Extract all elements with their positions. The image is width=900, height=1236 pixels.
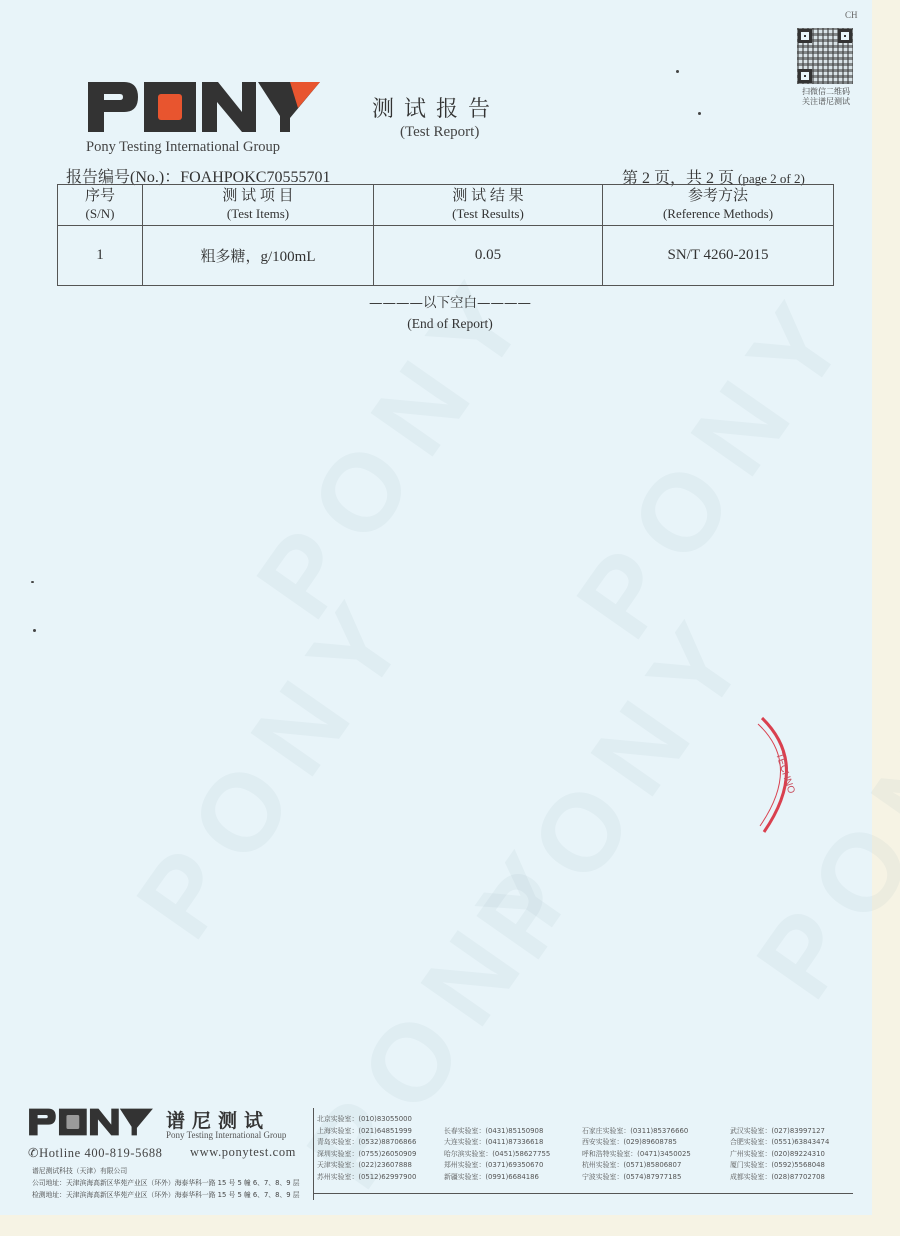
qr-code-icon[interactable] xyxy=(797,28,853,84)
footer-brand-en: Pony Testing International Group xyxy=(166,1130,286,1140)
cell-test-item: 粗多糖，g/100mL xyxy=(143,226,374,286)
column-header-test-results: 测 试 结 果(Test Results) xyxy=(374,185,603,226)
qr-caption-line1: 扫微信二维码 xyxy=(795,87,857,97)
footer-divider-horizontal xyxy=(313,1193,853,1194)
hotline: ✆Hotline 400-819-5688 xyxy=(28,1145,163,1161)
website-link[interactable]: www.ponytest.com xyxy=(190,1145,296,1160)
scan-speck xyxy=(698,112,701,115)
labs-column-1: 北京实验室：(010)83055000 上海实验室：(021)64851999 … xyxy=(317,1114,416,1183)
table-header-row: 序号(S/N) 测 试 项 目(Test Items) 测 试 结 果(Test… xyxy=(58,185,834,226)
footer-brand-zh: 谱尼测试 xyxy=(166,1106,270,1133)
column-header-sn: 序号(S/N) xyxy=(58,185,143,226)
qr-caption-line2: 关注谱尼测试 xyxy=(795,97,857,107)
qr-caption: 扫微信二维码 关注谱尼测试 xyxy=(795,87,857,107)
cell-test-result: 0.05 xyxy=(374,226,603,286)
labs-column-3: 石家庄实验室：(0311)85376660 西安实验室：(029)8960878… xyxy=(582,1126,691,1184)
end-of-report-en: (End of Report) xyxy=(0,316,900,332)
labs-column-2: 长春实验室：(0431)85150908 大连实验室：(0411)8733661… xyxy=(444,1126,550,1184)
scan-speck xyxy=(676,70,679,73)
pony-logo xyxy=(86,80,322,134)
footer-divider-vertical xyxy=(313,1108,314,1200)
watermark: PONY xyxy=(112,567,441,961)
company-name-en: Pony Testing International Group xyxy=(86,139,280,156)
cell-sn: 1 xyxy=(58,226,143,286)
official-seal-stamp: TECHNO xyxy=(700,690,800,840)
cell-reference-method: SN/T 4260-2015 xyxy=(603,226,834,286)
company-address: 公司地址：天津滨海高新区华苑产业区（环外）海泰华科一路 15 号 5 幢 6、7… xyxy=(32,1177,300,1187)
scan-speck xyxy=(33,629,36,632)
column-header-reference-methods: 参考方法(Reference Methods) xyxy=(603,185,834,226)
table-row: 1 粗多糖，g/100mL 0.05 SN/T 4260-2015 xyxy=(58,226,834,286)
report-title-en: (Test Report) xyxy=(400,124,479,141)
stamp-text: TECHNO xyxy=(773,752,797,796)
scan-speck xyxy=(31,581,34,583)
end-of-report-zh: ————以下空白———— xyxy=(0,291,900,311)
corner-code: CH xyxy=(845,10,858,20)
column-header-test-items: 测 试 项 目(Test Items) xyxy=(143,185,374,226)
labs-column-4: 武汉实验室：(027)83997127 合肥实验室：(0551)63843474… xyxy=(730,1126,829,1184)
results-table: 序号(S/N) 测 试 项 目(Test Items) 测 试 结 果(Test… xyxy=(57,184,834,286)
lab-address: 检测地址：天津滨海高新区华苑产业区（环外）海泰华科一路 15 号 5 幢 6、7… xyxy=(32,1189,300,1199)
footer-pony-logo xyxy=(28,1107,154,1137)
report-title: 测试报告 xyxy=(372,92,500,123)
company-name-zh: 谱尼测试科技（天津）有限公司 xyxy=(32,1165,127,1175)
report-page: PONY PONY PONY PONY PONY PONY CH 扫微信二维码 … xyxy=(0,0,872,1215)
